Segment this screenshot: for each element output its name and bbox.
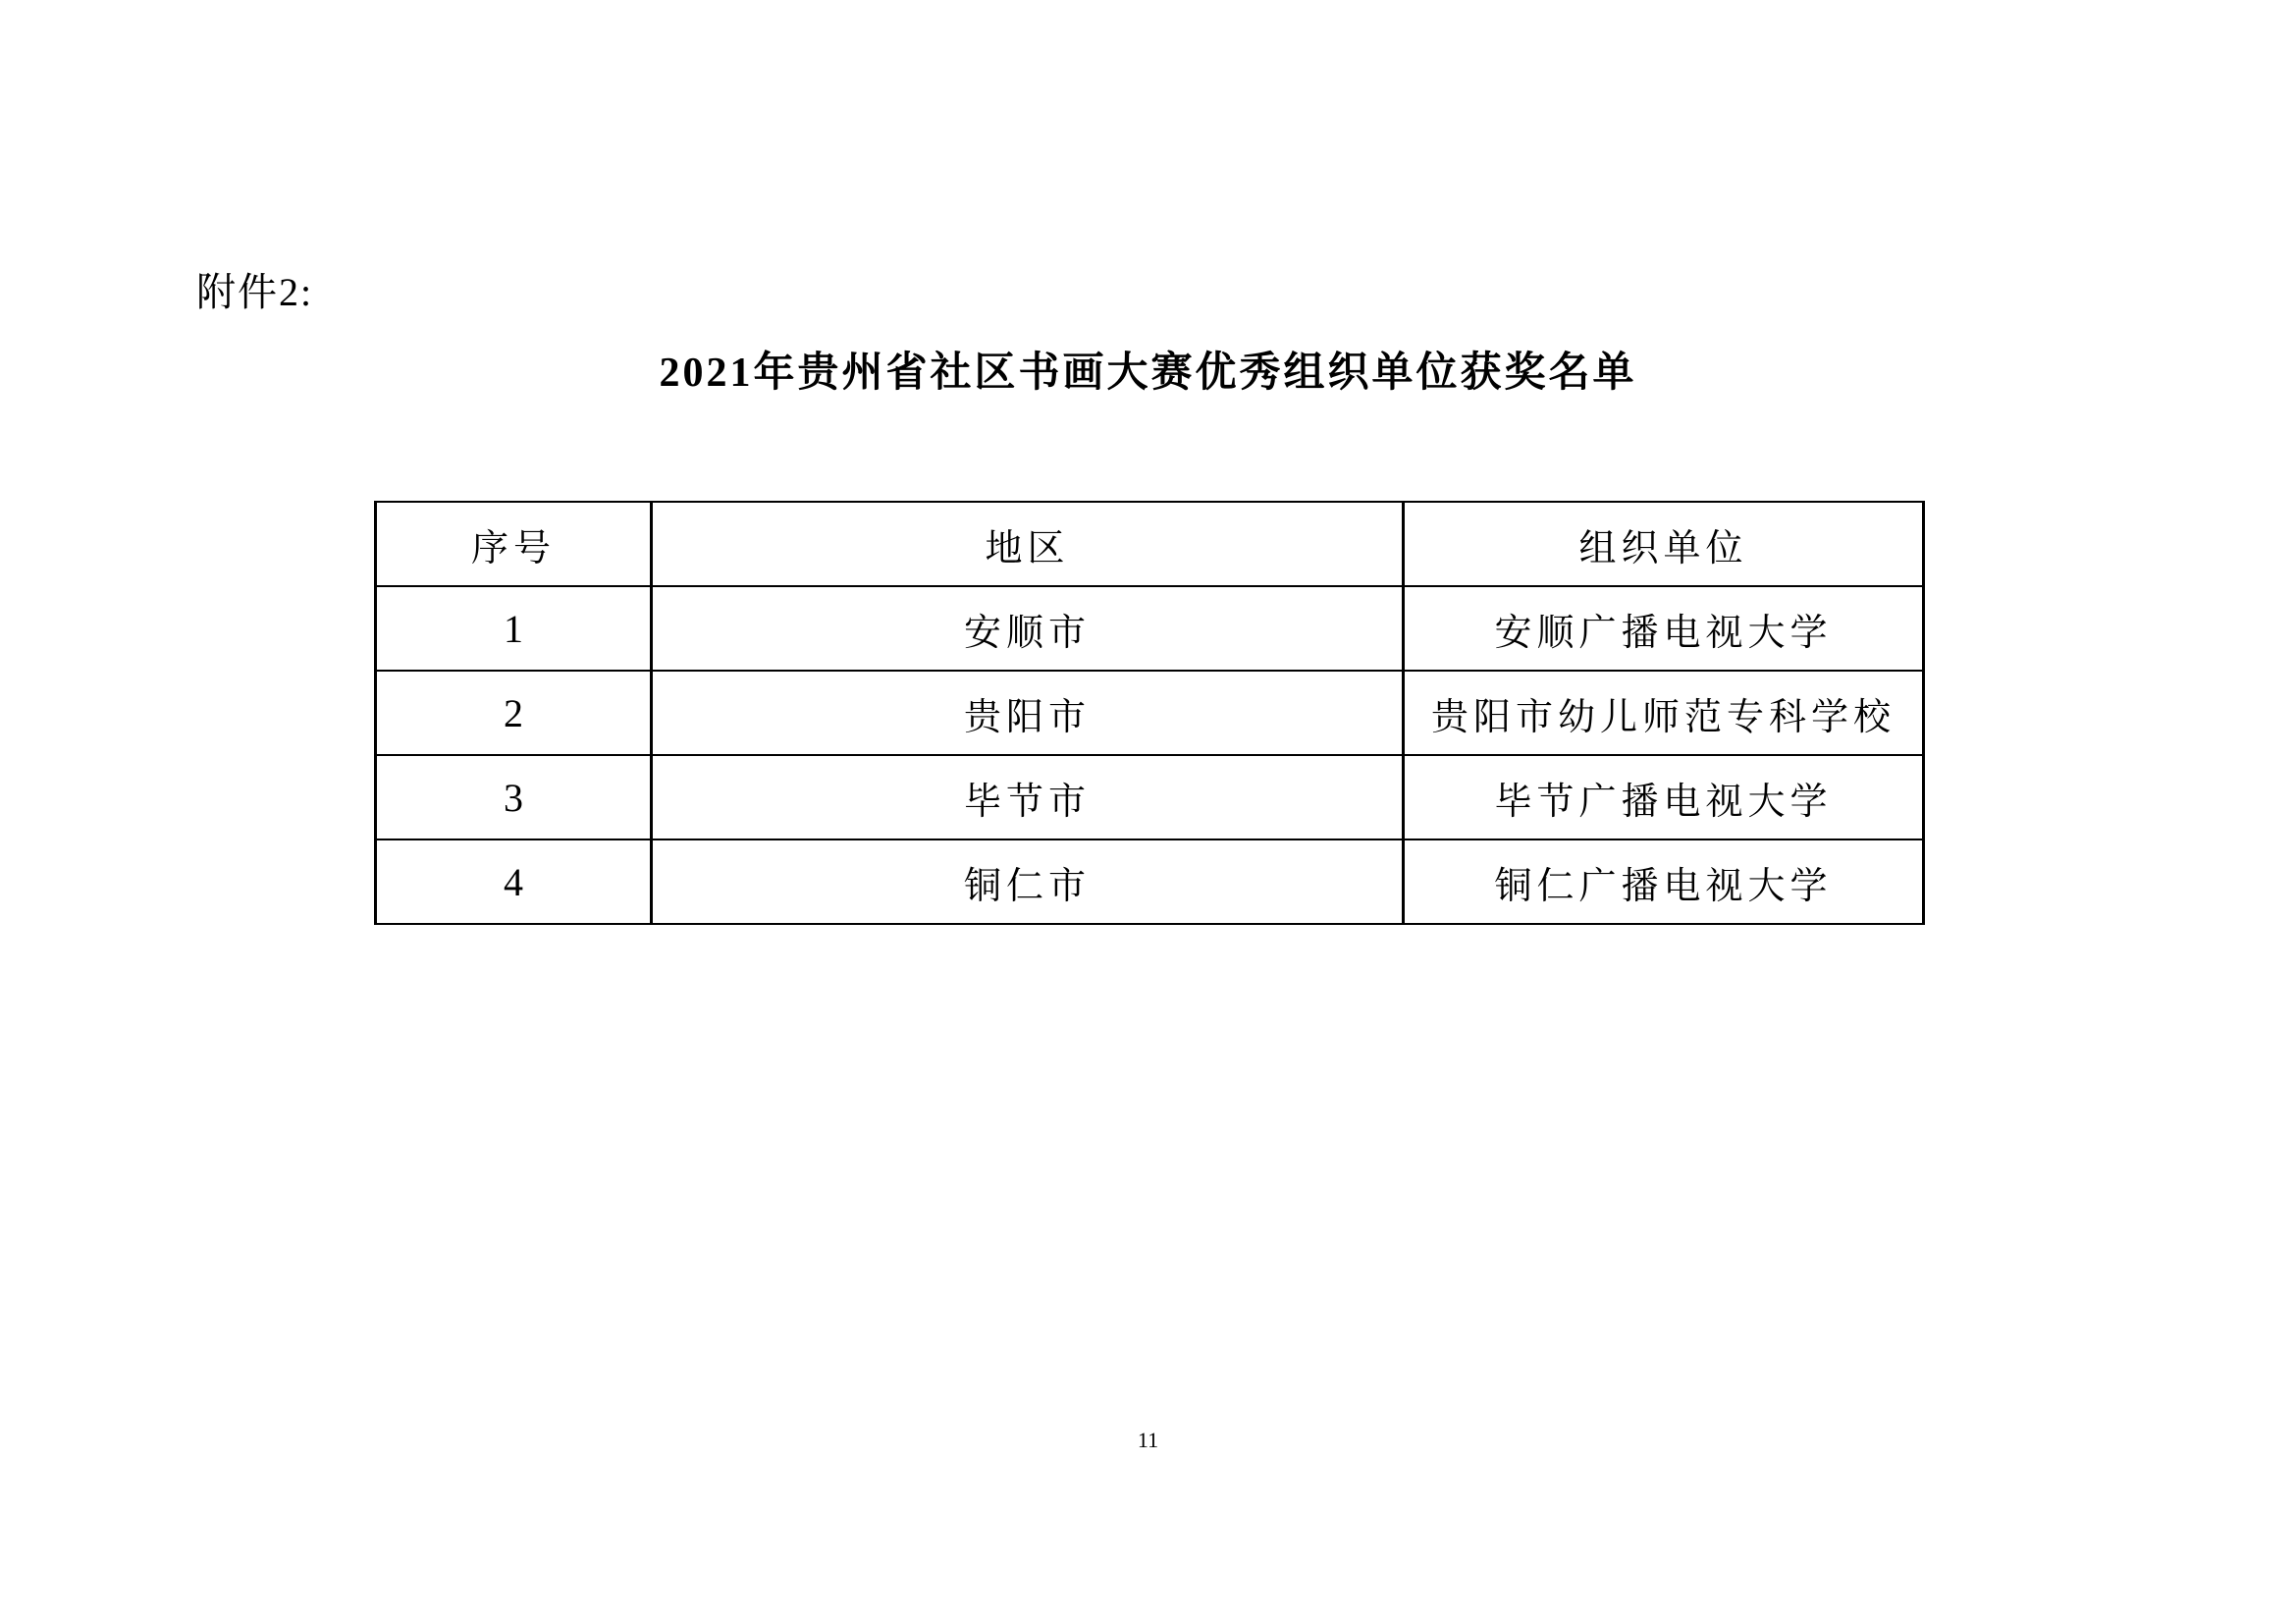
cell-seq: 2 [376,671,652,755]
header-region: 地区 [652,502,1404,586]
page-number: 11 [0,1426,2296,1455]
cell-organization: 铜仁广播电视大学 [1404,839,1924,924]
cell-region: 毕节市 [652,755,1404,839]
cell-region: 安顺市 [652,586,1404,671]
document-title: 2021年贵州省社区书画大赛优秀组织单位获奖名单 [0,346,2296,401]
table-header-row: 序号 地区 组织单位 [376,502,1924,586]
cell-seq: 4 [376,839,652,924]
table-row: 4 铜仁市 铜仁广播电视大学 [376,839,1924,924]
header-seq: 序号 [376,502,652,586]
table-row: 1 安顺市 安顺广播电视大学 [376,586,1924,671]
cell-organization: 毕节广播电视大学 [1404,755,1924,839]
cell-seq: 3 [376,755,652,839]
cell-seq: 1 [376,586,652,671]
award-table: 序号 地区 组织单位 1 安顺市 安顺广播电视大学 2 贵阳市 贵阳市幼儿师范专… [374,501,1925,925]
cell-region: 铜仁市 [652,839,1404,924]
attachment-label: 附件2: [196,265,313,320]
cell-organization: 贵阳市幼儿师范专科学校 [1404,671,1924,755]
cell-region: 贵阳市 [652,671,1404,755]
cell-organization: 安顺广播电视大学 [1404,586,1924,671]
table-row: 3 毕节市 毕节广播电视大学 [376,755,1924,839]
table-row: 2 贵阳市 贵阳市幼儿师范专科学校 [376,671,1924,755]
header-organization: 组织单位 [1404,502,1924,586]
